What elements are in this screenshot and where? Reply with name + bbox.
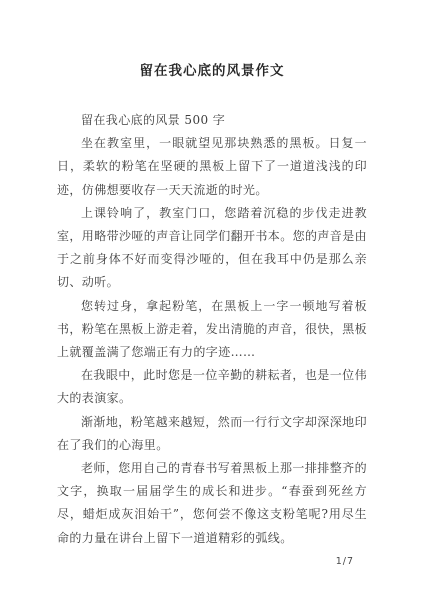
paragraph: 渐渐地，粉笔越来越短，然而一行行文字却深深地印在了我们的心海里。 (57, 411, 367, 457)
document-body: 留在我心底的风景 500 字 坐在教室里，一眼就望见那块熟悉的黑板。日复一日，柔… (57, 109, 367, 551)
page-title: 留在我心底的风景作文 (0, 0, 424, 81)
paragraph: 老师，您用自己的青春书写着黑板上那一排排整齐的文字，换取一届届学生的成长和进步。… (57, 457, 367, 550)
subtitle: 留在我心底的风景 500 字 (57, 109, 367, 132)
page-number: 1/7 (336, 556, 354, 567)
document-page: 留在我心底的风景作文 留在我心底的风景 500 字 坐在教室里，一眼就望见那块熟… (0, 0, 424, 600)
paragraph: 坐在教室里，一眼就望见那块熟悉的黑板。日复一日，柔软的粉笔在坚硬的黑板上留下了一… (57, 132, 367, 202)
paragraph: 上课铃响了，教室门口，您踏着沉稳的步伐走进教室，用略带沙哑的声音让同学们翻开书本… (57, 202, 367, 295)
paragraph: 您转过身，拿起粉笔，在黑板上一字一顿地写着板书，粉笔在黑板上游走着，发出清脆的声… (57, 295, 367, 365)
paragraph: 在我眼中，此时您是一位辛勤的耕耘者，也是一位伟大的表演家。 (57, 364, 367, 410)
paragraph: 勤勤恳恳，无私奉献，教书育人，您用朴实的言语灌溉祖国的 (57, 550, 367, 551)
